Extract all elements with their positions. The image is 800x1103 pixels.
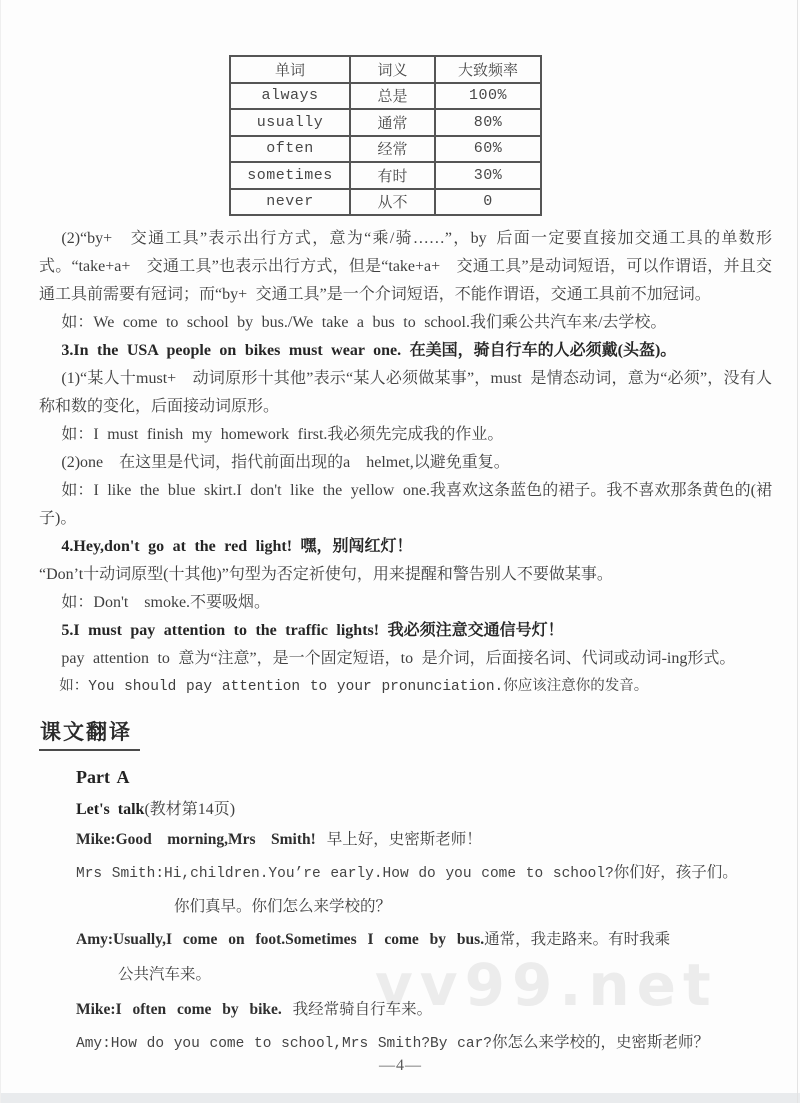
meaning-cell: 总是 xyxy=(350,83,435,110)
dialogue-english: Mike:Good morning,Mrs Smith! xyxy=(76,831,316,848)
meaning-cell: 从不 xyxy=(350,189,435,216)
section-heading-translation: 课文翻译 xyxy=(39,716,140,751)
dialogue-chinese: 公共汽车来。 xyxy=(118,966,211,983)
word-cell: often xyxy=(230,136,350,163)
dialogue-chinese: 通常，我走路来。有时我乘 xyxy=(484,931,670,948)
part-title: Part A xyxy=(76,767,772,788)
dialogue-chinese: 你们好，孩子们。 xyxy=(614,864,738,881)
note-example-skirt: 如：I like the blue skirt.I don't like the… xyxy=(39,477,772,533)
dialogue-chinese: 你们真早。你们怎么来学校的？ xyxy=(174,898,391,915)
grammar-notes: (2)“by+ 交通工具”表示出行方式，意为“乘/骑……”，by 后面一定要直接… xyxy=(39,225,772,701)
dialogue-english: Amy:How do you come to school,Mrs Smith?… xyxy=(76,1036,492,1052)
frequency-cell: 80% xyxy=(435,109,541,136)
note-example-bus: 如：We come to school by bus./We take a bu… xyxy=(39,309,772,337)
frequency-cell: 100% xyxy=(435,83,541,110)
note-paragraph-must: (1)“某人十must+ 动词原形十其他”表示“某人必须做某事”，must 是情… xyxy=(39,365,772,421)
dialogue-line-mike-greeting: Mike:Good morning,Mrs Smith! 早上好，史密斯老师！ xyxy=(76,826,772,854)
page-number: —4— xyxy=(1,1057,800,1075)
dialogue-line-mrs-smith: Mrs Smith:Hi,children.You’re early.How d… xyxy=(76,859,772,888)
note-example-smoke: 如：Don't smoke.不要吸烟。 xyxy=(39,589,772,617)
dialogue-line-mike-bike: Mike:I often come by bike. 我经常骑自行车来。 xyxy=(76,996,772,1024)
note-heading-5: 5.I must pay attention to the traffic li… xyxy=(39,617,772,645)
table-row: always 总是 100% xyxy=(230,83,541,110)
page-right-edge xyxy=(797,0,798,1103)
table-row: often 经常 60% xyxy=(230,136,541,163)
dialogue-english: Mike:I often come by bike. xyxy=(76,1001,282,1018)
page-bottom-edge xyxy=(1,1093,800,1103)
frequency-cell: 0 xyxy=(435,189,541,216)
note-paragraph-by-vehicle: (2)“by+ 交通工具”表示出行方式，意为“乘/骑……”，by 后面一定要直接… xyxy=(39,225,772,309)
table-row: usually 通常 80% xyxy=(230,109,541,136)
table-row: sometimes 有时 30% xyxy=(230,162,541,189)
note-heading-4: 4.Hey,don't go at the red light! 嘿，别闯红灯！ xyxy=(39,533,772,561)
word-cell: never xyxy=(230,189,350,216)
document-page: 单词 词义 大致频率 always 总是 100% usually 通常 80%… xyxy=(1,0,800,1058)
dialogue-line-continuation: 你们真早。你们怎么来学校的？ xyxy=(76,893,772,921)
frequency-cell: 60% xyxy=(435,136,541,163)
note-paragraph-pay-attention: pay attention to 意为“注意”，是一个固定短语，to 是介词，后… xyxy=(39,645,772,673)
lesson-title: Let's talk(教材第14页) xyxy=(76,796,772,819)
frequency-table: 单词 词义 大致频率 always 总是 100% usually 通常 80%… xyxy=(229,55,542,216)
note-example-pronunciation: 如：You should pay attention to your pronu… xyxy=(39,673,772,701)
column-header-meaning: 词义 xyxy=(350,56,435,83)
dialogue-line-continuation: 公共汽车来。 xyxy=(76,961,772,989)
dialogue-chinese: 早上好，史密斯老师！ xyxy=(316,831,482,848)
meaning-cell: 通常 xyxy=(350,109,435,136)
lesson-title-english: Let's talk xyxy=(76,801,144,818)
dialogue-line-amy-question: Amy:How do you come to school,Mrs Smith?… xyxy=(76,1029,772,1058)
table-row: never 从不 0 xyxy=(230,189,541,216)
word-cell: sometimes xyxy=(230,162,350,189)
frequency-cell: 30% xyxy=(435,162,541,189)
meaning-cell: 有时 xyxy=(350,162,435,189)
dialogue-line-amy-usually: Amy:Usually,I come on foot.Sometimes I c… xyxy=(76,926,772,954)
scanned-document: { "theme": { "page_bg": "#fdfdfd", "text… xyxy=(0,0,800,1103)
dialogue-english: Amy:Usually,I come on foot.Sometimes I c… xyxy=(76,931,484,948)
part-a-section: Part A Let's talk(教材第14页) Mike:Good morn… xyxy=(76,767,772,1058)
word-cell: always xyxy=(230,83,350,110)
column-header-frequency: 大致频率 xyxy=(435,56,541,83)
dialogue-english: Mrs Smith:Hi,children.You’re early.How d… xyxy=(76,866,614,882)
dialogue-chinese: 你怎么来学校的，史密斯老师？ xyxy=(492,1034,709,1051)
lesson-title-page-ref: (教材第14页) xyxy=(144,801,235,818)
note-example-homework: 如：I must finish my homework first.我必须先完成… xyxy=(39,421,772,449)
note-paragraph-dont: “Don’t十动词原型(十其他)”句型为否定祈使句，用来提醒和警告别人不要做某事… xyxy=(39,561,772,589)
column-header-word: 单词 xyxy=(230,56,350,83)
note-paragraph-one: (2)one 在这里是代词，指代前面出现的a helmet,以避免重复。 xyxy=(39,449,772,477)
table-header-row: 单词 词义 大致频率 xyxy=(230,56,541,83)
dialogue-chinese: 我经常骑自行车来。 xyxy=(282,1001,432,1018)
word-cell: usually xyxy=(230,109,350,136)
meaning-cell: 经常 xyxy=(350,136,435,163)
note-heading-3: 3.In the USA people on bikes must wear o… xyxy=(39,337,772,365)
